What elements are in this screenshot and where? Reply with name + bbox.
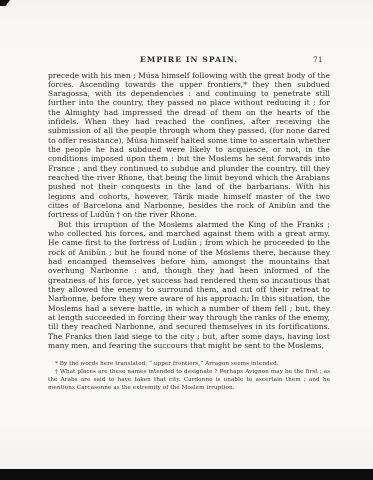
scan-artifact-corner-mark (0, 0, 10, 6)
scanned-book-page: EMPIRE IN SPAIN. 71 precede with his men… (0, 0, 373, 480)
footnote-asterisk: * By the words here translated, “ upper … (48, 361, 330, 369)
scan-artifact-bottom-border (0, 469, 373, 480)
footnote-dagger: † What places are these names intended t… (48, 369, 330, 393)
paragraph-1: precede with his men ; Músa himself foll… (48, 71, 330, 220)
footnotes-block: * By the words here translated, “ upper … (48, 361, 330, 393)
running-header-title: EMPIRE IN SPAIN. (48, 55, 330, 64)
page-number: 71 (313, 56, 323, 64)
body-text-block: precede with his men ; Músa himself foll… (48, 71, 330, 356)
page-header: EMPIRE IN SPAIN. 71 (48, 55, 330, 66)
paragraph-2: But this irruption of the Moslems alarme… (48, 220, 330, 351)
